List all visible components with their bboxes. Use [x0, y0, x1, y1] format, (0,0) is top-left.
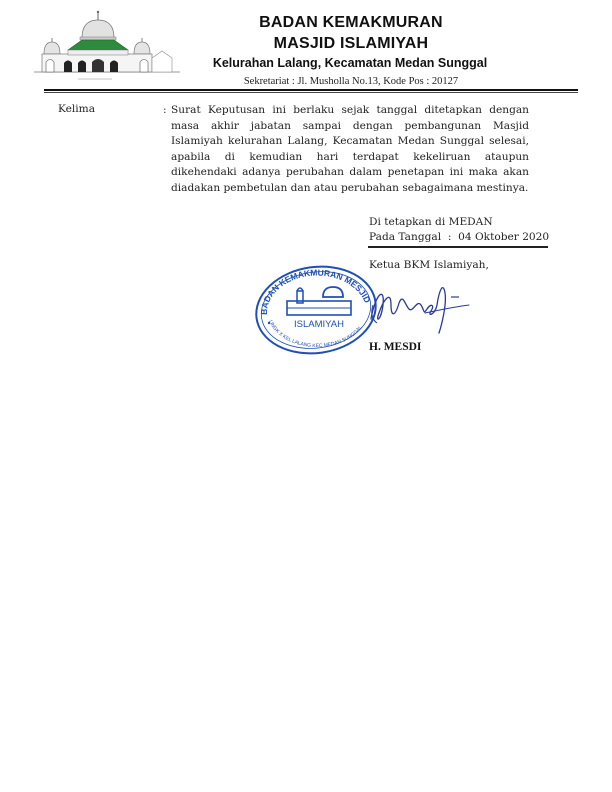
- official-stamp-icon: BADAN KEMAKMURAN MESJID LINGK X KEL LALA…: [253, 263, 379, 357]
- org-address: Sekretariat : Jl. Musholla No.13, Kode P…: [186, 76, 516, 87]
- org-name-line1: BADAN KEMAKMURAN: [186, 14, 516, 32]
- clause-label: Kelima: [58, 103, 95, 115]
- signer-name: H. MESDI: [369, 341, 421, 353]
- org-location: Kelurahan Lalang, Kecamatan Medan Sungga…: [180, 56, 520, 70]
- org-name-line2: MASJID ISLAMIYAH: [186, 35, 516, 53]
- letterhead-divider-thin: [44, 92, 578, 93]
- letterhead-divider: [44, 89, 578, 91]
- issued-place: Di tetapkan di MEDAN: [369, 216, 493, 228]
- handwritten-signature-icon: [365, 275, 475, 335]
- clause-colon: :: [163, 103, 167, 119]
- signer-role: Ketua BKM Islamiyah,: [369, 259, 489, 271]
- clause-text: Surat Keputusan ini berlaku sejak tangga…: [163, 103, 529, 197]
- issued-date: Pada Tanggal : 04 Oktober 2020: [369, 231, 549, 243]
- clause-body: : Surat Keputusan ini berlaku sejak tang…: [163, 103, 529, 197]
- stamp-center-text: ISLAMIYAH: [294, 319, 344, 330]
- date-underline: [368, 246, 548, 248]
- document-page: BADAN KEMAKMURAN MASJID ISLAMIYAH Kelura…: [0, 0, 612, 792]
- mosque-icon: [32, 6, 182, 84]
